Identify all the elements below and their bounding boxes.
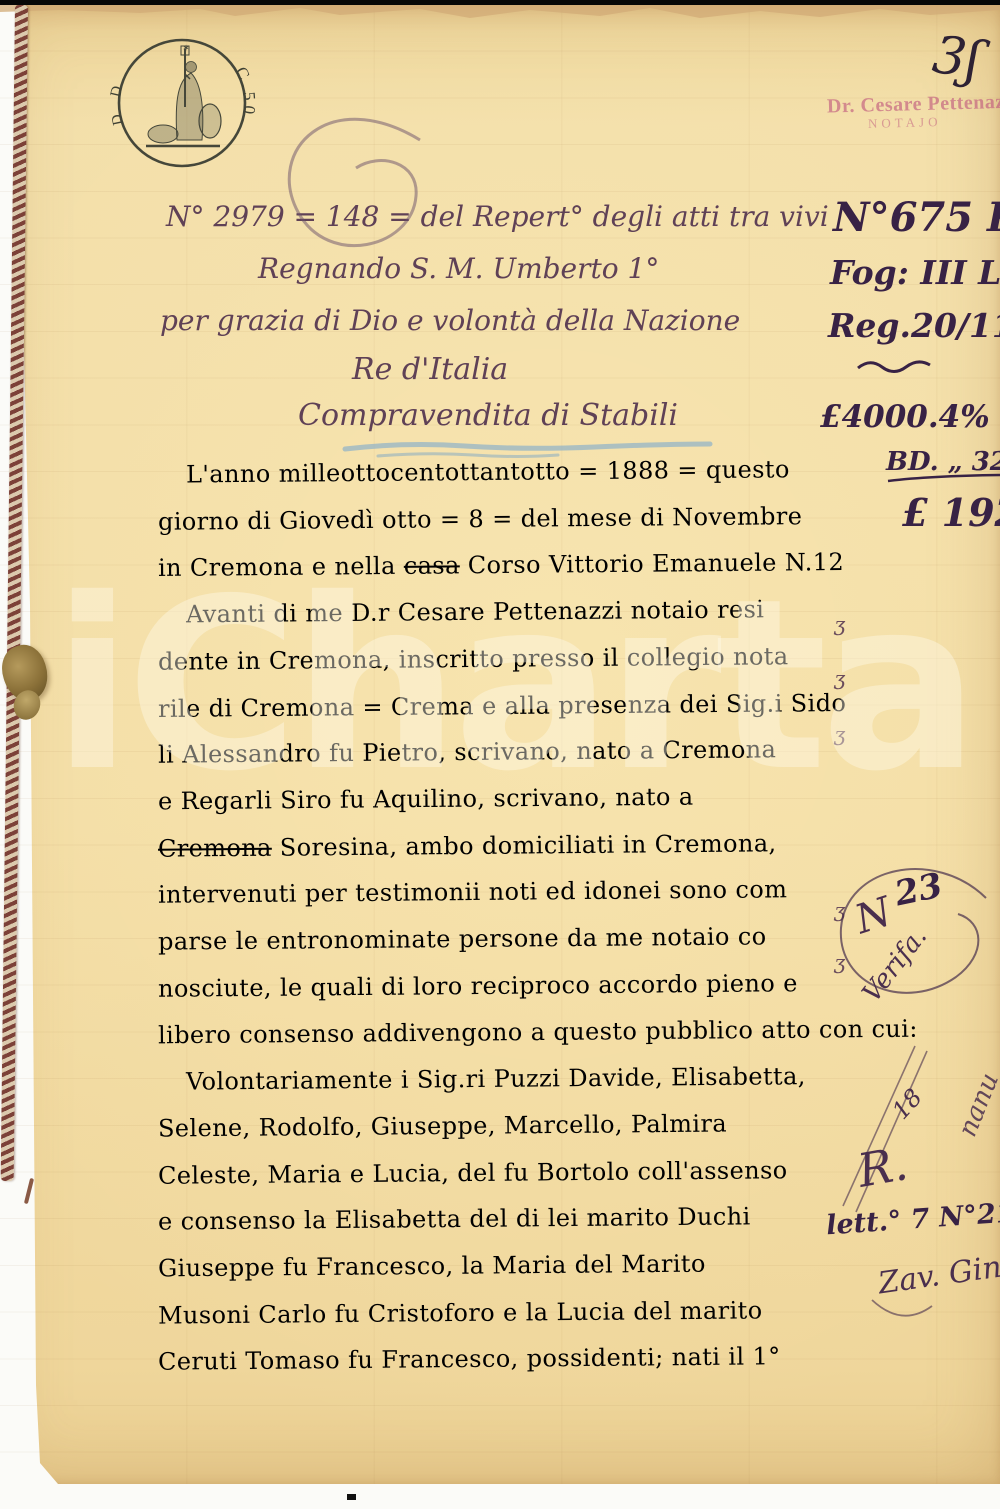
line-filler-mark: ʒ: [834, 666, 845, 690]
manuscript-line: e consenso la Elisabetta del di lei mari…: [158, 1203, 751, 1236]
margin-total-line: £ 192: [902, 490, 1000, 535]
header-repertorio-line: N° 2979 = 148 = del Repert° degli atti t…: [166, 200, 829, 233]
manuscript-line: parse le entronominate persone da me not…: [158, 922, 767, 955]
manuscript-line: Volontariamente i Sig.ri Puzzi Davide, E…: [158, 1062, 806, 1096]
manuscript-line: giorno di Giovedì otto = 8 = del mese di…: [158, 502, 803, 536]
line-filler-mark: ʒ: [834, 898, 845, 922]
manuscript-line: Giuseppe fu Francesco, la Maria del Mari…: [158, 1250, 706, 1283]
manuscript-line: Selene, Rodolfo, Giuseppe, Marcello, Pal…: [158, 1109, 727, 1142]
margin-foglio-line: Fog: III Lib.6: [830, 253, 1000, 292]
svg-text:C.50.: C.50.: [231, 64, 259, 130]
manuscript-line: rile di Cremona = Crema e alla presenza …: [158, 688, 846, 722]
scan-artifact-mark: [347, 1494, 356, 1500]
manuscript-line: Ceruti Tomaso fu Francesco, possidenti; …: [158, 1343, 781, 1376]
document-title: Compravendita di Stabili: [298, 398, 678, 433]
header-re-ditalia-line: Re d'Italia: [352, 352, 508, 387]
header-grazia-line: per grazia di Dio e volontà della Nazion…: [160, 304, 740, 337]
scan-edge-strip: [0, 0, 1000, 5]
manuscript-line: Musoni Carlo fu Cristoforo e la Lucia de…: [158, 1296, 763, 1329]
notary-rubber-stamp-title: NOTAJO: [868, 114, 942, 132]
seal-denomination: C.50.: [231, 64, 259, 130]
revenue-stamp-seal-icon: C.50. D D ✶: [106, 27, 258, 179]
margin-registro-line: Reg.20/11.88: [828, 306, 1000, 345]
manuscript-line: nosciute, le quali di loro reciproco acc…: [158, 969, 798, 1003]
header-regnando-line: Regnando S. M. Umberto 1°: [258, 252, 659, 285]
line-filler-mark: ʒ: [834, 722, 845, 746]
scanned-notarial-deed: { "page": { "paper_color": "#f3dda5", "i…: [0, 0, 1000, 1509]
manuscript-line: Celeste, Maria e Lucia, del fu Bortolo c…: [158, 1156, 788, 1189]
seal-letters: D D: [108, 79, 127, 127]
folio-number: 3ʃ: [929, 25, 984, 91]
line-filler-mark: ʒ: [834, 612, 845, 636]
manuscript-line: Avanti di me D.r Cesare Pettenazzi notai…: [158, 595, 765, 628]
manuscript-line: L'anno milleottocentottantotto = 1888 = …: [158, 455, 790, 489]
margin-bd-line: BD. „ 32.: [886, 447, 1000, 477]
binding-cord-fray: [24, 1178, 34, 1204]
svg-text:D D: D D: [108, 79, 127, 127]
manuscript-line: e Regarli Siro fu Aquilino, scrivano, na…: [158, 783, 694, 816]
manuscript-line: intervenuti per testimonii noti ed idone…: [158, 876, 788, 909]
manuscript-line: li Alessandro fu Pietro, scrivano, nato …: [158, 735, 777, 768]
margin-amount-line: £4000.4% £160.: [820, 399, 1000, 435]
margin-pub-number: N°675 Pub.: [833, 194, 1000, 241]
line-filler-mark: ʒ: [834, 950, 845, 974]
manuscript-line: Cremona Soresina, ambo domiciliati in Cr…: [158, 829, 777, 862]
manuscript-line: dente in Cremona, inscritto presso il co…: [158, 642, 789, 676]
binding-cord: [1, 5, 28, 1181]
margin-r-initial: R.: [854, 1136, 912, 1198]
